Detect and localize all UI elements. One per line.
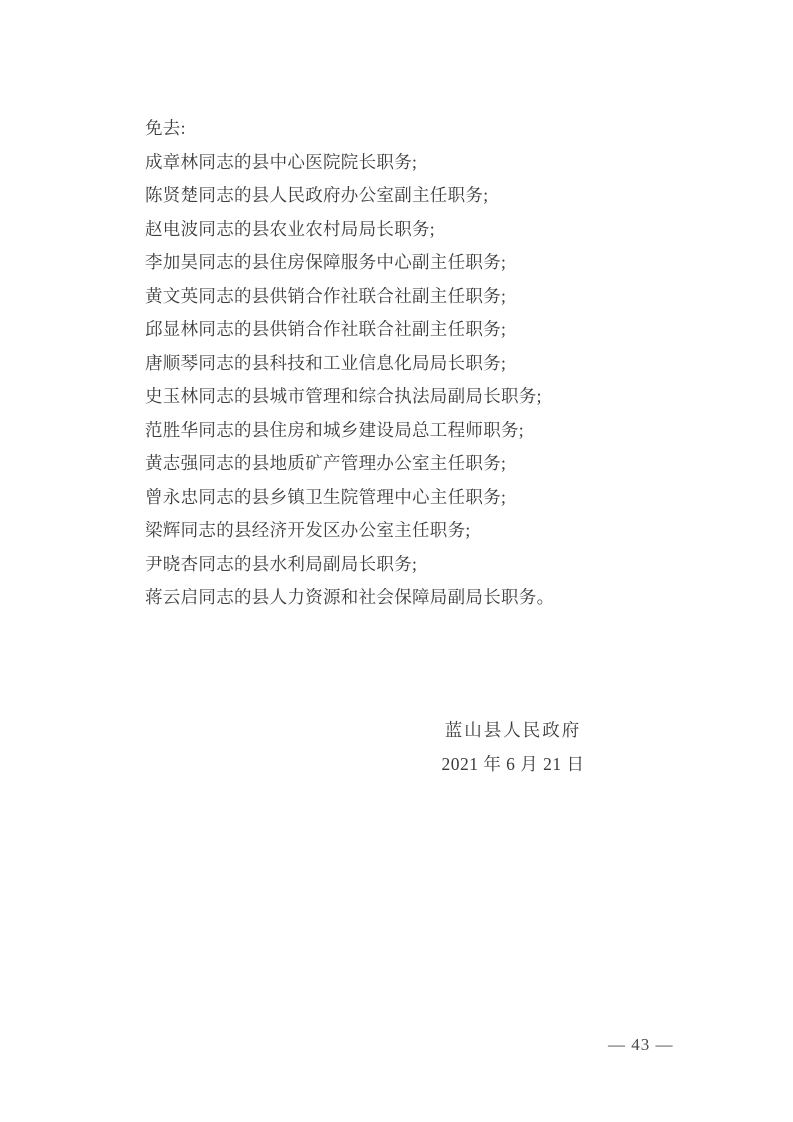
document-body: 免去: 成章林同志的县中心医院院长职务; 陈贤楚同志的县人民政府办公室副主任职务… <box>145 112 665 615</box>
signature-issuer: 蓝山县人民政府 <box>390 714 636 748</box>
document-page: 免去: 成章林同志的县中心医院院长职务; 陈贤楚同志的县人民政府办公室副主任职务… <box>0 0 793 1122</box>
removal-item: 史玉林同志的县城市管理和综合执法局副局长职务; <box>145 380 665 414</box>
removal-item: 赵电波同志的县农业农村局局长职务; <box>145 213 665 247</box>
removal-item: 曾永忠同志的县乡镇卫生院管理中心主任职务; <box>145 481 665 515</box>
removal-item: 梁辉同志的县经济开发区办公室主任职务; <box>145 514 665 548</box>
removal-item: 邱显林同志的县供销合作社联合社副主任职务; <box>145 313 665 347</box>
removal-item: 黄志强同志的县地质矿产管理办公室主任职务; <box>145 447 665 481</box>
removal-item: 范胜华同志的县住房和城乡建设局总工程师职务; <box>145 414 665 448</box>
removal-item: 尹晓杏同志的县水利局副局长职务; <box>145 548 665 582</box>
removal-item: 李加昊同志的县住房保障服务中心副主任职务; <box>145 246 665 280</box>
removal-item: 蒋云启同志的县人力资源和社会保障局副局长职务。 <box>145 581 665 615</box>
removal-item: 唐顺琴同志的县科技和工业信息化局局长职务; <box>145 347 665 381</box>
section-heading: 免去: <box>145 112 665 146</box>
removal-item: 陈贤楚同志的县人民政府办公室副主任职务; <box>145 179 665 213</box>
removal-item: 成章林同志的县中心医院院长职务; <box>145 146 665 180</box>
signature-date: 2021 年 6 月 21 日 <box>390 748 636 782</box>
page-number: — 43 — <box>608 1033 674 1057</box>
removal-item: 黄文英同志的县供销合作社联合社副主任职务; <box>145 280 665 314</box>
signature-block: 蓝山县人民政府 2021 年 6 月 21 日 <box>390 714 636 781</box>
